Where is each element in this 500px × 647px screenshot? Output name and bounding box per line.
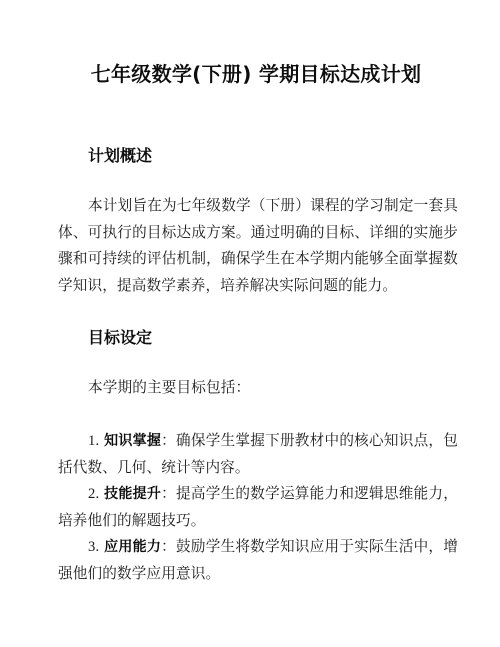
goal-item-application: 3. 应用能力：鼓励学生将数学知识应用于实际生活中，增强他们的数学应用意识。 xyxy=(58,534,458,587)
overview-paragraph: 本计划旨在为七年级数学（下册）课程的学习制定一套具体、可执行的目标达成方案。通过… xyxy=(58,193,458,299)
goal-number: 3. xyxy=(88,539,99,555)
goal-separator: ： xyxy=(161,538,176,555)
section-heading-overview: 计划概述 xyxy=(88,145,152,167)
goal-number: 2. xyxy=(88,486,99,502)
goal-number: 1. xyxy=(88,433,99,449)
section-heading-goals: 目标设定 xyxy=(88,327,152,349)
goal-separator: ： xyxy=(161,485,176,502)
goal-item-knowledge: 1. 知识掌握：确保学生掌握下册教材中的核心知识点，包括代数、几何、统计等内容。 xyxy=(58,428,458,481)
goal-label: 技能提升 xyxy=(104,486,161,502)
document-page: 七年级数学(下册) 学期目标达成计划 计划概述 本计划旨在为七年级数学（下册）课… xyxy=(0,0,500,647)
goal-label: 应用能力 xyxy=(104,539,161,555)
goal-separator: ： xyxy=(161,432,176,449)
goals-intro: 本学期的主要目标包括： xyxy=(58,375,458,402)
document-title: 七年级数学(下册) 学期目标达成计划 xyxy=(0,60,500,88)
goal-label: 知识掌握 xyxy=(104,433,161,449)
goal-item-skills: 2. 技能提升：提高学生的数学运算能力和逻辑思维能力，培养他们的解题技巧。 xyxy=(58,481,458,534)
